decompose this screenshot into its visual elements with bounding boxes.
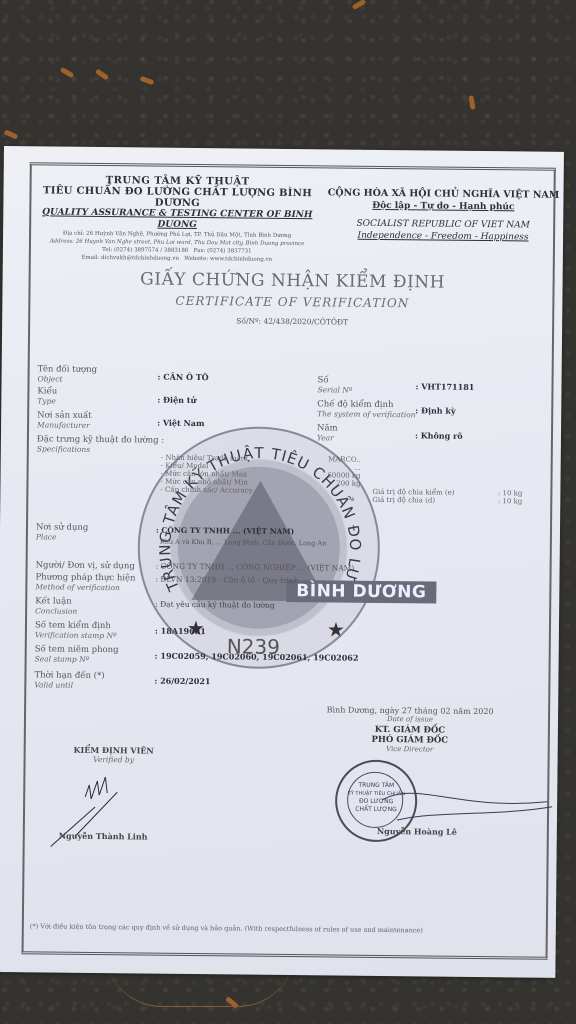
specs-list: - Nhãn hiệu/ Trade markMARCO.. - Kiểu/ M… bbox=[160, 454, 360, 496]
leaf-debris bbox=[140, 76, 155, 85]
label-method: Phương pháp thực hiệnMethod of verificat… bbox=[35, 572, 135, 593]
leaf-debris bbox=[468, 95, 475, 110]
leaf-debris bbox=[352, 0, 367, 10]
national-motto-en: Independence - Freedom - Happiness bbox=[323, 229, 563, 244]
value-year: : Không rõ bbox=[415, 430, 463, 440]
issue-block: Bình Dương, ngày 27 tháng 02 năm 2020 Da… bbox=[310, 705, 510, 754]
value-valid-until: : 26/02/2021 bbox=[154, 676, 210, 687]
value-system: : Định kỳ bbox=[415, 405, 455, 415]
seal-banner: BÌNH DƯƠNG bbox=[286, 580, 436, 604]
verifier-title-en: Verified by bbox=[54, 755, 174, 765]
label-conclusion: Kết luậnConclusion bbox=[35, 596, 77, 616]
national-motto: Độc lập - Tự do - Hạnh phúc bbox=[323, 199, 563, 214]
value-place-line2: Khu A và Khu B, ... Long Định, Cần Đước,… bbox=[160, 538, 327, 548]
certificate-title: GIẤY CHỨNG NHẬN KIỂM ĐỊNH bbox=[123, 269, 463, 293]
specs-right: Giá trị độ chia kiểm (e): 10 kg Giá trị … bbox=[372, 488, 522, 506]
label-object: Tên đối tượngObject bbox=[38, 364, 98, 385]
label-place: Nơi sử dụngPlace bbox=[36, 522, 89, 543]
national-header: CỘNG HÒA XÃ HỘI CHỦ NGHĨA VIỆT NAM Độc l… bbox=[323, 187, 564, 244]
issuer-email: Email: dichvukh@tdcbinhduong.vn bbox=[81, 255, 179, 262]
leaf-debris bbox=[4, 129, 19, 139]
label-year: NămYear bbox=[317, 423, 338, 443]
label-specifications: Đặc trưng kỹ thuật đo lường :Specificati… bbox=[37, 434, 164, 455]
value-stamp-number: : 18A19681 bbox=[155, 626, 206, 637]
certificate-paper: TRUNG TÂM KỸ THUẬT TIÊU CHUẨN ĐO LƯỜNG C… bbox=[0, 146, 564, 978]
value-seal-number: : 19C02059, 19C02060, 19C02061, 19C02062 bbox=[155, 651, 359, 663]
director-name: Nguyễn Hoàng Lê bbox=[377, 826, 457, 837]
value-object: : CÂN Ô TÔ bbox=[158, 372, 209, 383]
issuer-name-en: QUALITY ASSURANCE & TESTING CENTER OF BI… bbox=[37, 207, 317, 232]
leaf-debris bbox=[60, 67, 75, 78]
issuer-fax: Fax: (0274) 3837731 bbox=[194, 248, 252, 255]
label-manufacturer: Nơi sản xuấtManufacturer bbox=[37, 410, 92, 431]
label-seal-number: Số tem niêm phongSeal stamp Nº bbox=[35, 644, 119, 665]
spec-right-row: Giá trị độ chia (d): 10 kg bbox=[372, 496, 522, 506]
issuer-header: TRUNG TÂM KỸ THUẬT TIÊU CHUẨN ĐO LƯỜNG C… bbox=[37, 174, 318, 264]
value-place-line1: : CÔNG TY TNHH ... (VIỆT NAM) bbox=[156, 526, 294, 536]
label-system: Chế độ kiểm địnhThe system of verificati… bbox=[317, 399, 416, 420]
label-valid-until: Thời hạn đến (*)Valid until bbox=[34, 670, 104, 691]
issuer-name-line2: TIÊU CHUẨN ĐO LƯỜNG CHẤT LƯỢNG BÌNH DƯƠN… bbox=[37, 185, 317, 210]
leaf-debris bbox=[95, 68, 109, 80]
verifier-block: KIỂM ĐỊNH VIÊN Verified by bbox=[54, 745, 174, 765]
value-type: : Điện tử bbox=[157, 395, 196, 405]
value-conclusion: : Đạt yêu cầu kỹ thuật đo lường bbox=[155, 600, 275, 610]
verifier-signature bbox=[47, 766, 138, 857]
verifier-name: Nguyễn Thành Linh bbox=[59, 831, 148, 842]
value-manufacturer: : Việt Nam bbox=[157, 418, 204, 428]
value-serial: : VHT171181 bbox=[415, 381, 474, 392]
director-signature bbox=[377, 770, 558, 832]
label-user: Người/ Đơn vị, sử dụng bbox=[36, 560, 135, 571]
issuer-tel: Tel: (0274) 3897574 / 3883186 bbox=[102, 247, 188, 254]
label-stamp-number: Số tem kiểm địnhVerification stamp Nº bbox=[35, 620, 117, 641]
star-icon: ★ bbox=[327, 617, 345, 641]
label-type: KiểuType bbox=[37, 386, 57, 406]
label-serial: SốSerial Nº bbox=[317, 375, 352, 395]
issuer-website: Website: www.tdcbinhduong.vn bbox=[184, 256, 272, 263]
value-method: : ĐLVN 13:2019 - Cân ô tô - Quy trình ..… bbox=[155, 575, 308, 586]
